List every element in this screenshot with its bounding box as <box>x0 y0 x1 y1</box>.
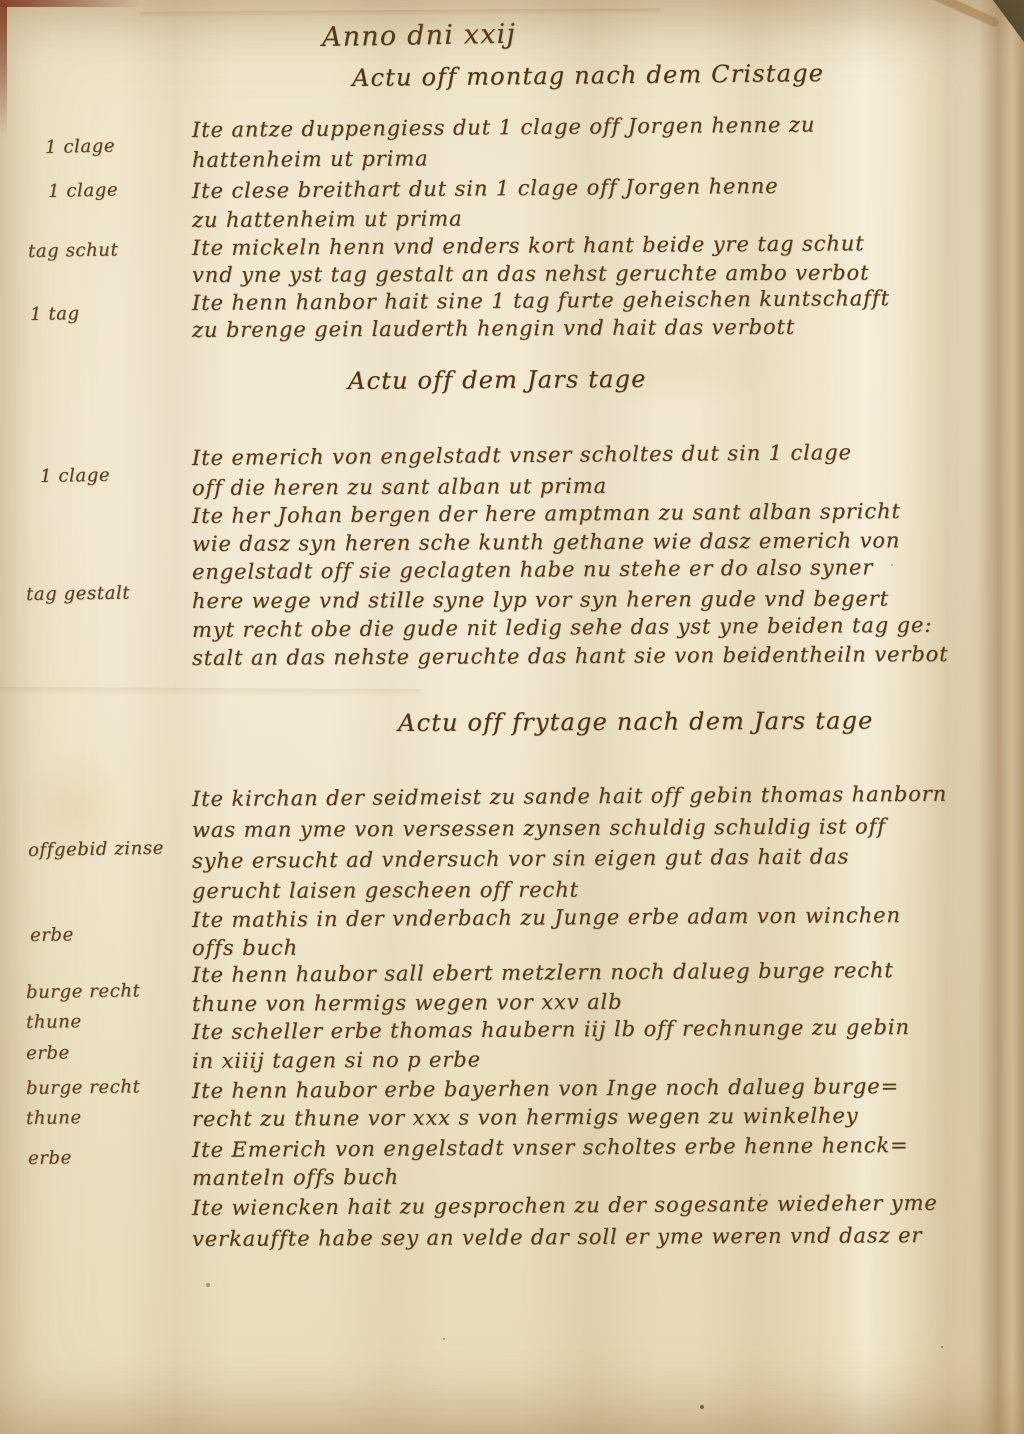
manuscript-line: Ite antze duppengiess dut 1 clage off Jo… <box>192 113 815 142</box>
manuscript-line: Ite henn haubor erbe bayerhen von Inge n… <box>192 1074 899 1103</box>
margin-note: 1 tag <box>30 303 80 325</box>
binding-edge <box>0 0 140 7</box>
manuscript-line: Ite wiencken hait zu gesprochen zu der s… <box>192 1191 938 1220</box>
manuscript-line: gerucht laisen gescheen off recht <box>192 878 579 903</box>
manuscript-line: myt recht obe die gude nit ledig sehe da… <box>192 613 932 642</box>
manuscript-line: engelstadt off sie geclagten habe nu ste… <box>192 555 873 584</box>
manuscript-line: syhe ersucht ad vndersuch vor sin eigen … <box>192 844 849 873</box>
margin-note: thune <box>26 1011 82 1033</box>
margin-note: thune <box>26 1107 82 1129</box>
manuscript-line: in xiiij tagen si no p erbe <box>192 1047 481 1073</box>
section-heading-3: Actu off frytage nach dem Jars tage <box>398 707 874 737</box>
manuscript-line: vnd yne yst tag gestalt an das nehst ger… <box>192 261 869 287</box>
margin-note: tag gestalt <box>26 583 130 605</box>
manuscript-line: zu hattenheim ut prima <box>192 207 463 232</box>
corner-streak <box>918 0 1000 28</box>
anno-heading: Anno dni xxij <box>322 19 517 53</box>
manuscript-line: Ite henn hanbor hait sine 1 tag furte ge… <box>192 286 890 315</box>
margin-note: 1 clage <box>48 180 119 202</box>
margin-note: burge recht <box>26 980 141 1003</box>
margin-note: tag schut <box>28 239 119 262</box>
manuscript-line: Ite mathis in der vnderbach zu Junge erb… <box>192 903 901 932</box>
manuscript-line: Ite emerich von engelstadt vnser scholte… <box>192 440 852 470</box>
manuscript-line: Ite scheller erbe thomas haubern iij lb … <box>192 1015 910 1044</box>
page-curl-edge <box>978 0 1024 1434</box>
crease-line <box>140 8 660 18</box>
manuscript-line: zu brenge gein lauderth hengin vnd hait … <box>192 315 795 342</box>
manuscript-line: Ite her Johan bergen der here amptman zu… <box>192 499 901 528</box>
manuscript-line: thune von hermigs wegen vor xxv alb <box>192 990 623 1016</box>
manuscript-line: wie dasz syn heren sche kunth gethane wi… <box>192 528 900 556</box>
manuscript-line: hattenheim ut prima <box>192 146 429 172</box>
manuscript-line: verkauffte habe sey an velde dar soll er… <box>192 1223 922 1251</box>
manuscript-line: stalt an das nehste geruchte das hant si… <box>192 642 949 670</box>
manuscript-line: off die heren zu sant alban ut prima <box>192 474 607 500</box>
margin-note: erbe <box>30 924 74 946</box>
manuscript-line: Ite kirchan der seidmeist zu sande hait … <box>192 782 947 811</box>
fold-shadow <box>905 0 990 1434</box>
manuscript-line: recht zu thune vor xxx s von hermigs weg… <box>192 1104 859 1131</box>
manuscript-line: Ite henn haubor sall ebert metzlern noch… <box>192 958 894 987</box>
section-heading-2: Actu off dem Jars tage <box>348 365 647 395</box>
manuscript-line: Ite Emerich von engelstadt vnser scholte… <box>192 1133 909 1162</box>
margin-note: burge recht <box>26 1076 141 1099</box>
binding-edge <box>0 0 7 138</box>
manuscript-line: Ite clese breithart dut sin 1 clage off … <box>192 174 779 203</box>
margin-note: erbe <box>28 1147 72 1169</box>
manuscript-line: Ite mickeln henn vnd enders kort hant be… <box>192 231 865 260</box>
margin-note: erbe <box>26 1042 70 1064</box>
manuscript-line: was man yme von versessen zynsen schuldi… <box>192 814 886 842</box>
manuscript-line: here wege vnd stille syne lyp vor syn he… <box>192 587 889 613</box>
margin-note: offgebid zinse <box>28 838 164 861</box>
section-heading-1: Actu off montag nach dem Cristage <box>352 59 824 92</box>
margin-note: 1 clage <box>45 136 116 158</box>
manuscript-line: offs buch <box>192 936 298 960</box>
ink-specks <box>700 1405 704 1409</box>
crease-line <box>0 687 420 697</box>
manuscript-page: Anno dni xxij Actu off montag nach dem C… <box>0 0 1024 1434</box>
margin-note: 1 clage <box>40 465 110 487</box>
manuscript-line: manteln offs buch <box>192 1165 399 1190</box>
